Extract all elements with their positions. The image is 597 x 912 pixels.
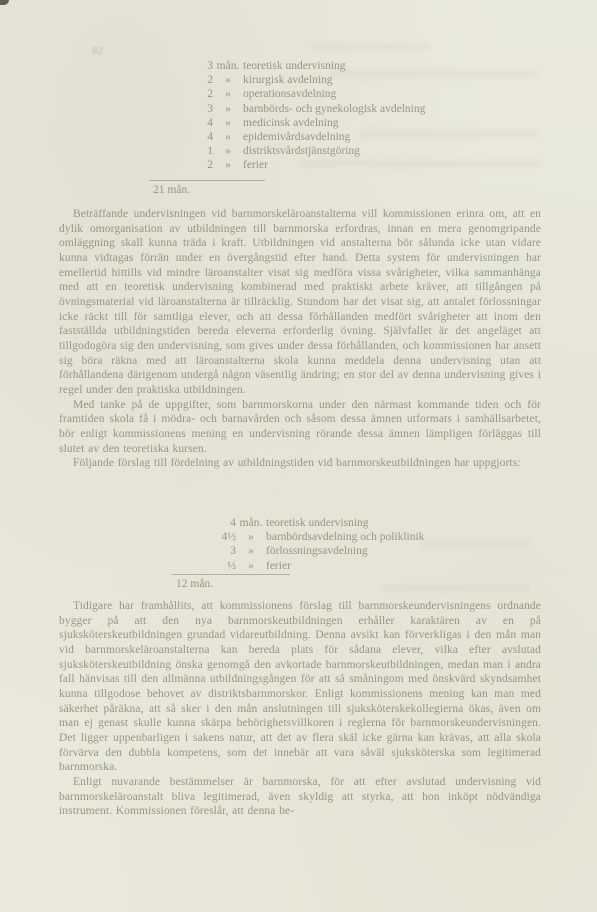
paragraph: Tidigare har framhållits, att kommission… [59,599,541,775]
schedule-row: ½ » ferier [219,559,424,573]
schedule-row: 4 » medicinsk avdelning [196,116,425,130]
subject-label: förlossningsavdelning [266,544,368,558]
unit-label: mån. [236,516,266,530]
subject-label: kirurgisk avdelning [243,73,333,87]
page-number: 82 [92,45,103,57]
months-value: 2 [196,73,213,87]
subject-label: distriktsvårdstjänstgöring [243,144,360,158]
schedule-row: 1 » distriktsvårdstjänstgöring [196,144,425,158]
paper-smudge [420,540,530,547]
subject-label: barnbördsavdelning och poliklinik [266,530,424,544]
schedule-proposed-total-rule [172,574,290,575]
schedule-row: 3 » barnbörds- och gynekologisk avdelnin… [196,102,425,116]
schedule-row: 2 » operationsavdelning [196,87,425,101]
subject-label: teoretisk undervisning [266,516,369,530]
schedule-current: 3 mån. teoretisk undervisning 2 » kirurg… [196,59,425,173]
unit-label: » [213,158,243,172]
unit-label: » [236,530,266,544]
months-value: 4 [219,516,236,530]
subject-label: barnbörds- och gynekologisk avdelning [243,102,425,116]
months-value: 1 [196,144,213,158]
unit-label: » [213,130,243,144]
schedule-proposed: 4 mån. teoretisk undervisning 4½ » barnb… [219,516,424,573]
unit-label: » [236,544,266,558]
months-value: 4 [196,130,213,144]
schedule-current-total-rule [149,180,265,181]
schedule-row: 4½ » barnbördsavdelning och poliklinik [219,530,424,544]
months-value: 3 [196,59,213,73]
subject-label: ferier [243,158,268,172]
schedule-current-total: 21 mån. [153,184,190,196]
subject-label: teoretisk undervisning [243,59,346,73]
months-value: 3 [219,544,236,558]
unit-label: mån. [213,59,243,73]
unit-label: » [213,73,243,87]
months-value: 4½ [219,530,236,544]
schedule-row: 4 mån. teoretisk undervisning [219,516,424,530]
unit-label: » [213,144,243,158]
subject-label: ferier [266,559,291,573]
paragraph: Beträffande undervisningen vid barnmorsk… [59,207,541,398]
schedule-proposed-total: 12 mån. [176,578,213,590]
unit-label: » [213,116,243,130]
schedule-row: 3 mån. teoretisk undervisning [196,59,425,73]
paper-smudge [310,44,430,50]
unit-label: » [236,559,266,573]
paragraph: Med tanke på de uppgifter, som barnmorsk… [59,398,541,457]
schedule-row: 4 » epidemivårdsavdelning [196,130,425,144]
months-value: 4 [196,116,213,130]
subject-label: epidemivårdsavdelning [243,130,350,144]
months-value: ½ [219,559,236,573]
months-value: 3 [196,102,213,116]
subject-label: operationsavdelning [243,87,336,101]
schedule-row: 2 » kirurgisk avdelning [196,73,425,87]
unit-label: » [213,87,243,101]
subject-label: medicinsk avdelning [243,116,339,130]
unit-label: » [213,102,243,116]
paragraph: Följande förslag till fördelning av utbi… [59,456,541,471]
months-value: 2 [196,158,213,172]
months-value: 2 [196,87,213,101]
paragraph: Enligt nuvarande bestämmelser är barnmor… [59,775,541,819]
schedule-row: 3 » förlossningsavdelning [219,544,424,558]
schedule-row: 2 » ferier [196,158,425,172]
paper-smudge [380,585,530,592]
body-text-lower: Tidigare har framhållits, att kommission… [59,599,541,841]
body-text-upper: Beträffande undervisningen vid barnmorsk… [59,207,541,513]
